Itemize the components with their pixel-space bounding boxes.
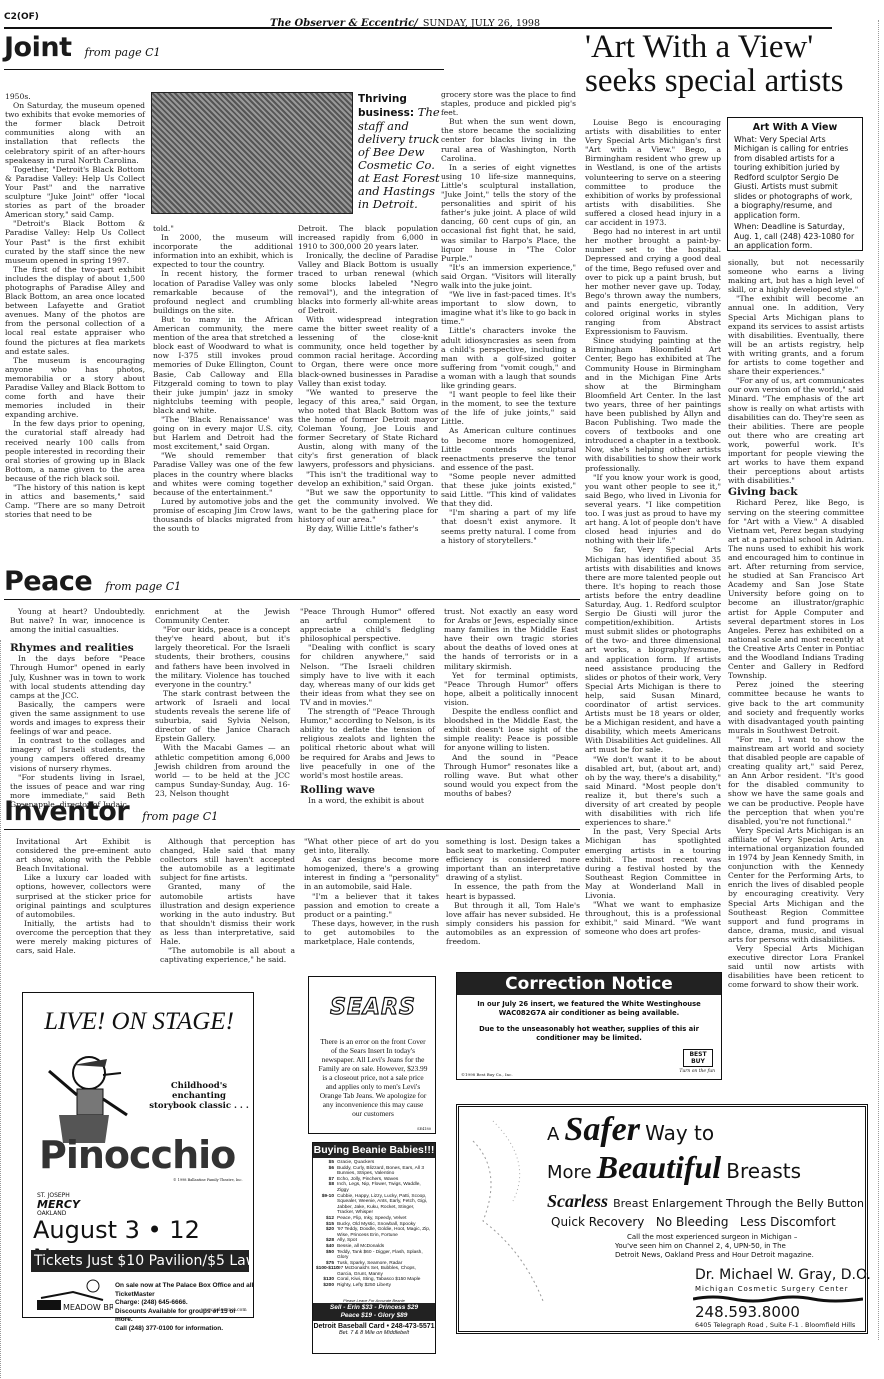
paragraph: The first of the two-part exhibit includ…	[5, 265, 145, 356]
paragraph: 1950s.	[5, 92, 145, 101]
paragraph: So far, Very Special Arts Michigan has i…	[585, 545, 721, 754]
callout-line-2: You've seen him on Channel 2, 4, UPN-50,…	[615, 1242, 855, 1251]
paragraph: But when the sun went down, the store be…	[441, 117, 576, 162]
headline-word-safer: Safer	[564, 1111, 640, 1148]
inventor-col-2: Although that perception has changed, Ha…	[160, 837, 295, 964]
beanie-price-row: $20'97 Teddy, Doodle, Goldie, Hoot, Magi…	[316, 1227, 432, 1238]
paragraph: Basically, the campers were given the sa…	[10, 700, 145, 736]
paragraph: On Saturday, the museum opened two exhib…	[5, 101, 145, 165]
cutline-text: The staff and delivery truck of Bee Dew …	[358, 105, 440, 211]
wave-divider-icon	[693, 1295, 863, 1303]
callout-line-3: Detroit News, Oakland Press and Hour Det…	[615, 1251, 855, 1260]
paragraph: In the days before "Peace Through Humor"…	[10, 654, 145, 699]
paragraph: As car designs become more homogenized, …	[304, 855, 439, 891]
paragraph: Little's characters invoke the adult idi…	[441, 326, 576, 390]
beanie-items: Inch, Legs, Nip, Flower, Twigs, Waddle, …	[337, 1182, 432, 1193]
paragraph: "Peace Through Humor" offered an artful …	[300, 607, 435, 643]
paragraph: "The history of this nation is kept in a…	[5, 483, 145, 519]
paragraph: In the past, Very Special Arts Michigan …	[585, 827, 721, 900]
ad-tickets-banner: Tickets Just $10 Pavilion/$5 Lawn	[31, 1250, 249, 1272]
center-name: Michigan Cosmetic Surgery Center	[695, 1285, 849, 1293]
sell-line-2: Peace $19 - Glory $89	[313, 1312, 435, 1320]
headline-word: Way to	[645, 1121, 714, 1145]
joint-col-2: told." In 2000, the museum will incorpor…	[153, 224, 293, 533]
beanie-items: '97 McDonald's Set, Bubbles, Chops, Garc…	[337, 1266, 432, 1277]
headline-word: A	[547, 1124, 559, 1145]
joint-col-1: 1950s. On Saturday, the museum opened tw…	[5, 92, 145, 519]
beanie-address: Bet. 7 & 8 Mile on Middlebelt	[313, 1330, 435, 1336]
paragraph: But through it all, Tom Hale's love affa…	[446, 901, 580, 946]
inventor-col-1: Invitational Art Exhibit is considered t…	[16, 837, 151, 955]
ad-live-on-stage: LIVE! ON STAGE!	[23, 1008, 255, 1036]
paragraph: "The automobile is all about a captivati…	[160, 946, 295, 964]
paragraph: By day, Willie Little's father's	[298, 524, 438, 533]
paragraph: enrichment at the Jewish Community Cente…	[155, 607, 290, 625]
info-line-2: Charge: (248) 645-6666.	[115, 1299, 255, 1308]
peace-col-1: Young at heart? Undoubtedly. But naive? …	[10, 607, 145, 809]
info-line-4: Call (248) 377-0100 for information.	[115, 1325, 255, 1334]
jump-from-page: from page C1	[85, 46, 161, 59]
paragraph: But to many in the African American comm…	[153, 315, 293, 415]
jump-from-page: from page C1	[105, 580, 181, 593]
jump-head-joint: Joint	[4, 32, 71, 63]
correction-copyright: ©1998 Best Buy Co., Inc.	[461, 1072, 513, 1077]
peace-col-2: enrichment at the Jewish Community Cente…	[155, 607, 290, 798]
beanie-price-list: $5Gracie, Quackers$6Buddy, Curly, Blizza…	[313, 1158, 435, 1298]
subhead-rhymes: Rhymes and realities	[10, 644, 145, 653]
art-view-infobox: Art With A View What: Very Special Arts …	[727, 117, 863, 251]
paragraph: Granted, many of the automobile artists …	[160, 882, 295, 946]
paragraph: These days, however, in the rush to get …	[304, 919, 439, 946]
page-number: C2(OF)	[4, 12, 39, 22]
inventor-jump-header: Inventor from page C1	[4, 796, 580, 827]
paragraph: "The 'Black Renaissance' was going on in…	[153, 415, 293, 451]
beanie-babies-ad: Buying Beanie Babies!!! $5Gracie, Quacke…	[312, 1142, 436, 1354]
paragraph: Yet for terminal optimists, "Peace Throu…	[444, 671, 578, 707]
surgery-subhead: Scarless Breast Enlargement Through the …	[547, 1191, 864, 1212]
beanie-price-row: $50Teddy, Tank $60 - Digger, Flash, Spla…	[316, 1250, 432, 1261]
art-view-headline: 'Art With a View' seeks special artists	[585, 30, 875, 98]
paragraph: In a series of eight vignettes using 10 …	[441, 163, 576, 263]
paragraph: "We should remember that Paradise Valley…	[153, 451, 293, 496]
correction-line-1: In our July 26 insert, we featured the W…	[465, 1000, 713, 1018]
paragraph: told."	[153, 224, 293, 233]
correction-notice-ad: Correction Notice In our July 26 insert,…	[456, 972, 722, 1080]
beanie-title: Buying Beanie Babies!!!	[313, 1143, 435, 1158]
paragraph: "For our kids, peace is a concept they'v…	[155, 625, 290, 689]
paragraph: "I'm sharing a part of my life that does…	[441, 508, 576, 544]
sears-ad: SEARS There is an error on the front Cov…	[308, 976, 436, 1134]
paragraph: "But we saw the opportunity to get the c…	[298, 488, 438, 524]
paragraph: With the Macabi Games — an athletic comp…	[155, 743, 290, 798]
beanie-items: Buddy, Curly, Blizzard, Bones, Ears, All…	[337, 1166, 432, 1177]
paragraph: In recent history, the former location o…	[153, 269, 293, 314]
correction-body: In our July 26 insert, we featured the W…	[457, 995, 721, 1043]
paragraph: Richard Perez, like Bego, is serving on …	[728, 498, 864, 680]
paragraph: Like a luxury car loaded with options, h…	[16, 873, 151, 918]
surgery-headline-2: More Beautiful Breasts	[547, 1149, 801, 1186]
paragraph: Despite the endless conflict and bloodsh…	[444, 707, 578, 752]
sears-logo: SEARS	[309, 995, 437, 1020]
paragraph: Lured by automotive jobs and the promise…	[153, 497, 293, 533]
paragraph: Initially, the artists had to overcome t…	[16, 919, 151, 955]
beanie-price: $8	[316, 1182, 334, 1193]
paragraph: In the few days prior to opening, the cu…	[5, 419, 145, 483]
jump-from-page: from page C1	[142, 810, 218, 823]
beanie-price-row: $8Inch, Legs, Nip, Flower, Twigs, Waddle…	[316, 1182, 432, 1193]
pinocchio-ad-lower: ST. JOSEPH MERCY OAKLAND August 3 • 12 N…	[22, 1188, 254, 1318]
infobox-when: When: Deadline is Saturday, Aug. 1, call…	[734, 222, 856, 251]
beanie-price-row: $9-10Cubbie, Happy, Lizzy, Lucky, Patti,…	[316, 1194, 432, 1216]
subhead-scarless: Scarless	[547, 1191, 608, 1211]
ad-pinocchio-title: Pinocchio	[39, 1133, 255, 1177]
beanie-price-row: $200Righty, Lefty $250 Liberty	[316, 1283, 432, 1289]
paragraph: "What we want to emphasize throughout, t…	[585, 900, 721, 936]
paragraph: "The exhibit will become an annual one. …	[728, 294, 864, 376]
ad-tagline: Childhood's enchanting storybook classic…	[143, 1081, 255, 1111]
peace-rule	[4, 599, 580, 600]
headline-word-beautiful: Beautiful	[597, 1149, 721, 1185]
paragraph: Perez joined the steering committee beca…	[728, 680, 864, 735]
inventor-col-4: something is lost. Design takes a back s…	[446, 837, 580, 946]
paragraph: something is lost. Design takes a back s…	[446, 837, 580, 882]
sponsor-line-2: MERCY	[37, 1199, 80, 1210]
pinocchio-ad: LIVE! ON STAGE! Childhood's enchanting s…	[22, 992, 254, 1188]
beanie-sell-banner: Sell - Erin $33 - Princess $29 Peace $19…	[313, 1303, 435, 1321]
paragraph: Invitational Art Exhibit is considered t…	[16, 837, 151, 873]
paragraph: trust. Not exactly an easy word for Arab…	[444, 607, 578, 671]
headline-line-1: 'Art With a View'	[585, 30, 875, 64]
beanie-price-row: $6Buddy, Curly, Blizzard, Bones, Ears, A…	[316, 1166, 432, 1177]
paragraph: Bego had no interest in art until her mo…	[585, 227, 721, 336]
venue-name: MEADOW BROOK	[63, 1303, 113, 1312]
beanie-price-row: $100-$110'97 McDonald's Set, Bubbles, Ch…	[316, 1266, 432, 1277]
paragraph: "It's an immersion experience," said Org…	[441, 263, 576, 290]
inventor-col-3: "What other piece of art do you get into…	[304, 837, 439, 946]
meadow-brook-logo-icon: MEADOW BROOK	[33, 1278, 113, 1314]
headline-word: More	[547, 1162, 592, 1183]
ad-url: www.palacenet.com	[201, 1308, 247, 1313]
jump-head-peace: Peace	[4, 566, 92, 597]
paragraph: "For any of us, art communicates our own…	[728, 376, 864, 485]
art-view-col-1: Louise Bego is encouraging artists with …	[585, 118, 721, 936]
paragraph: Although that perception has changed, Ha…	[160, 837, 295, 882]
peace-jump-header: Peace from page C1	[4, 566, 580, 597]
page-edge	[878, 20, 879, 1340]
paragraph: Very Special Arts Michigan is an affilia…	[728, 826, 864, 944]
infobox-what: What: Very Special Arts Michigan is call…	[734, 135, 856, 221]
paragraph: "Dealing with conflict is scary for chil…	[300, 643, 435, 707]
surgery-headline-1: A Safer Way to	[547, 1111, 714, 1149]
joint-rule	[4, 69, 444, 70]
paragraph: Together, "Detroit's Black Bottom & Para…	[5, 165, 145, 220]
paragraph: "We don't want it to be about disabled a…	[585, 755, 721, 828]
paragraph: In 2000, the museum will incorporate the…	[153, 233, 293, 269]
surgery-address: 6405 Telegraph Road , Suite F-1 . Bloomf…	[695, 1321, 855, 1329]
beanie-items: Teddy, Tank $60 - Digger, Flash, Splash,…	[337, 1250, 432, 1261]
paragraph: "We live in fast-paced times. It's impor…	[441, 290, 576, 326]
beanie-price: $9-10	[316, 1194, 334, 1216]
joint-jump-header: Joint from page C1	[4, 32, 444, 63]
paragraph: grocery store was the place to find stap…	[441, 90, 576, 117]
infobox-title: Art With A View	[734, 123, 856, 133]
inventor-rule	[4, 829, 580, 830]
info-line-1: On sale now at The Palace Box Office and…	[115, 1282, 255, 1299]
beanie-price: $50	[316, 1250, 334, 1261]
jump-head-inventor: Inventor	[4, 796, 129, 827]
paragraph: "Some people never admitted that these j…	[441, 472, 576, 508]
paragraph: "What other piece of art do you get into…	[304, 837, 439, 855]
paragraph: Young at heart? Undoubtedly. But naive? …	[10, 607, 145, 634]
paragraph: The strength of "Peace Through Humor," a…	[300, 707, 435, 780]
paragraph: "This isn't the traditional way to devel…	[298, 470, 438, 488]
headline-word: Breasts	[726, 1159, 801, 1183]
surgery-callout: Call the most experienced surgeon in Mic…	[615, 1233, 855, 1260]
beanie-items: Cubbie, Happy, Lizzy, Lucky, Patti, Scoo…	[337, 1194, 432, 1216]
paragraph: "Detroit's Black Bottom & Paradise Valle…	[5, 219, 145, 264]
best-buy-slogan: Turn on the fun	[679, 1069, 715, 1074]
headline-line-2: seeks special artists	[585, 64, 875, 98]
page-edge-left	[0, 640, 1, 1379]
tagline-1: Childhood's enchanting	[143, 1081, 255, 1101]
beanie-price: $200	[316, 1283, 334, 1289]
decorative-sketch-icon	[463, 1111, 553, 1311]
beanie-price: $20	[316, 1227, 334, 1238]
joint-col-3: Detroit. The black population increased …	[298, 224, 438, 533]
callout-line-1: Call the most experienced surgeon in Mic…	[615, 1233, 855, 1242]
paragraph: "I want people to feel like their in the…	[441, 390, 576, 426]
beanie-price: $6	[316, 1166, 334, 1177]
paragraph: The museum is encouraging anyone who has…	[5, 356, 145, 420]
doctor-name: Dr. Michael W. Gray, D.O.	[695, 1267, 871, 1283]
paragraph: In contrast to the collages and imagery …	[10, 736, 145, 772]
paragraph: Ironically, the decline of Paradise Vall…	[298, 251, 438, 315]
beanie-store: Detroit Baseball Card • 248-473-5571	[313, 1323, 435, 1330]
paragraph: "If you know your work is good, you want…	[585, 473, 721, 546]
paragraph: As American culture continues to become …	[441, 426, 576, 471]
sell-line-1: Sell - Erin $33 - Princess $29	[313, 1304, 435, 1312]
paragraph: The stark contrast between the artwork o…	[155, 689, 290, 744]
photo-cutline: Thriving business: The staff and deliver…	[358, 92, 440, 211]
correction-title: Correction Notice	[457, 973, 721, 995]
tagline-2: storybook classic . . .	[143, 1101, 255, 1111]
best-buy-logo: BEST BUY	[683, 1049, 713, 1067]
surgery-phone: 248.593.8000	[695, 1303, 800, 1321]
paragraph: "For me, I want to show the mainstream a…	[728, 735, 864, 826]
paragraph: With widespread integration came the bit…	[298, 315, 438, 388]
subhead-giving-back: Giving back	[728, 488, 864, 497]
correction-line-2: Due to the unseasonably hot weather, sup…	[465, 1025, 713, 1043]
sears-notice-text: There is an error on the front Cover of …	[317, 1037, 429, 1118]
cutline-lead: Thriving business:	[358, 93, 414, 119]
ad-copyright: © 1998 Ballantine Family Theatre, Inc.	[173, 1178, 243, 1182]
paragraph: Since studying painting at the Birmingha…	[585, 336, 721, 472]
sears-code: SE4180	[417, 1127, 431, 1131]
cosmetic-surgery-ad: A Safer Way to More Beautiful Breasts Sc…	[456, 1104, 868, 1334]
art-view-col-2: sionally, but not necessarily someone wh…	[728, 258, 864, 990]
sponsor-logo: ST. JOSEPH MERCY OAKLAND	[37, 1192, 80, 1217]
paragraph: Very Special Arts Michigan executive dir…	[728, 944, 864, 989]
beanie-items: Righty, Lefty $250 Liberty	[337, 1283, 391, 1289]
bee-dew-photo	[151, 92, 353, 214]
peace-col-3: "Peace Through Humor" offered an artful …	[300, 607, 435, 805]
paragraph: Louise Bego is encouraging artists with …	[585, 118, 721, 227]
surgery-benefits: Quick Recovery No Bleeding Less Discomfo…	[551, 1215, 836, 1229]
subhead-text: Breast Enlargement Through the Belly But…	[613, 1197, 864, 1210]
paragraph: Detroit. The black population increased …	[298, 224, 438, 251]
beanie-items: '97 Teddy, Doodle, Goldie, Hoot, Magic, …	[337, 1227, 432, 1238]
beanie-price: $100-$110	[316, 1266, 334, 1277]
peace-col-4: trust. Not exactly an easy word for Arab…	[444, 607, 578, 798]
paragraph: sionally, but not necessarily someone wh…	[728, 258, 864, 294]
joint-col-4: grocery store was the place to find stap…	[441, 90, 576, 545]
paragraph: "I'm a believer that it takes passion an…	[304, 892, 439, 919]
paragraph: And the sound in "Peace Through Humor" r…	[444, 753, 578, 798]
subhead-rolling-wave: Rolling wave	[300, 786, 435, 795]
paragraph: In essence, the path from the heart is b…	[446, 882, 580, 900]
paragraph: "We wanted to preserve the legacy of thi…	[298, 388, 438, 470]
